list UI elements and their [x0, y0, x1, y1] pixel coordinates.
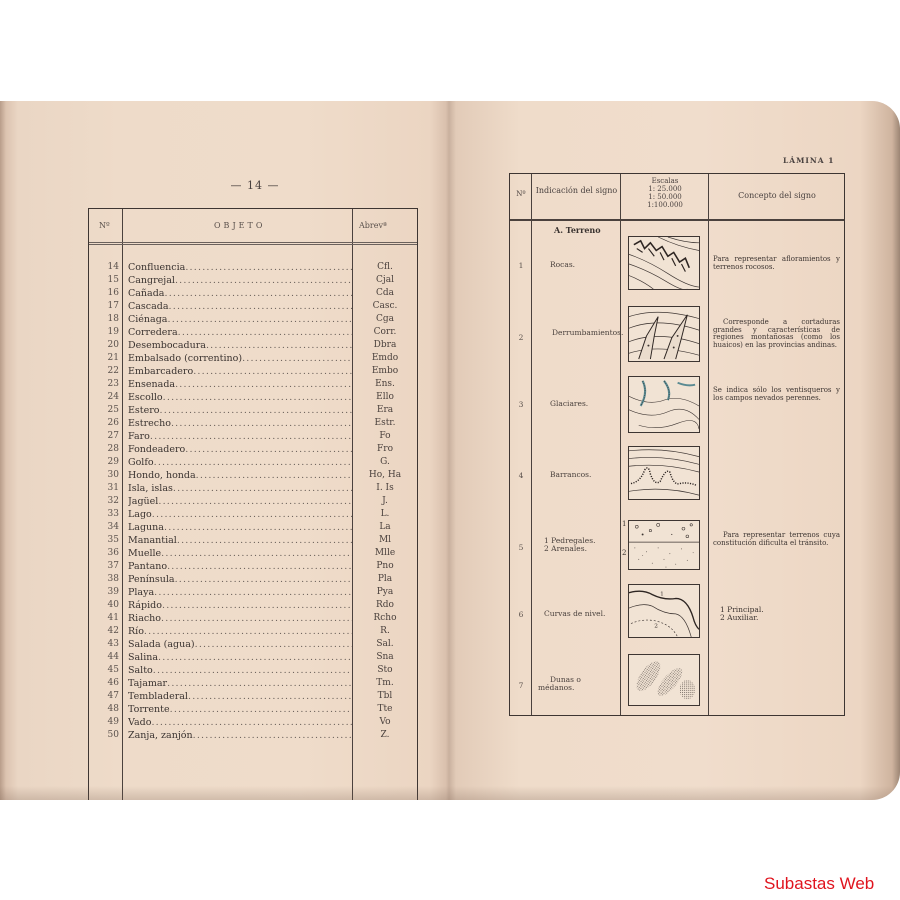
row-number: 47 — [89, 690, 119, 703]
row-objeto: Salto...................................… — [128, 664, 352, 677]
stony-sandy-symbol-icon — [628, 520, 700, 570]
row-number: 3 — [510, 400, 532, 409]
table-row: 29Golfo.................................… — [89, 456, 417, 469]
row-number: 50 — [89, 729, 119, 742]
row-abrev: Pno — [353, 560, 417, 573]
table-row: 21Embalsado (correntino)................… — [89, 352, 417, 365]
page-number: — 14 — — [200, 179, 310, 192]
rocks-symbol-icon — [628, 236, 700, 290]
row-number: 35 — [89, 534, 119, 547]
plate-label: LÁMINA 1 — [783, 156, 834, 165]
row-objeto: Rápido..................................… — [128, 599, 352, 612]
row-objeto: Pantano.................................… — [128, 560, 352, 573]
row-objeto: Cascada.................................… — [128, 300, 352, 313]
row-objeto: Muelle..................................… — [128, 547, 352, 560]
row-objeto: Golfo...................................… — [128, 456, 352, 469]
row-abrev: Sna — [353, 651, 417, 664]
row-objeto: Ciénaga.................................… — [128, 313, 352, 326]
row-objeto: Hondo, honda............................… — [128, 469, 352, 482]
table-row: 34Laguna................................… — [89, 521, 417, 534]
map-signs-table: Nº Indicación del signo Escalas 1: 25.00… — [509, 173, 845, 716]
table-row: 23Ensenada..............................… — [89, 378, 417, 391]
table-row: 44Salina................................… — [89, 651, 417, 664]
row-abrev: Tte — [353, 703, 417, 716]
header-divider — [510, 219, 844, 221]
table-row: 37Pantano...............................… — [89, 560, 417, 573]
row-abrev: Sal. — [353, 638, 417, 651]
abbreviations-table: Nº OBJETO Abrevª 14Confluencia..........… — [88, 208, 418, 800]
row-abrev: I. Is — [353, 482, 417, 495]
row-abrev: Ello — [353, 391, 417, 404]
table-row: 35Manantial.............................… — [89, 534, 417, 547]
row-objeto: Salina..................................… — [128, 651, 352, 664]
row-number: 17 — [89, 300, 119, 313]
row-objeto: Embalsado (correntino)..................… — [128, 352, 352, 365]
ravine-symbol-icon — [628, 446, 700, 500]
row-number: 33 — [89, 508, 119, 521]
row-number: 16 — [89, 287, 119, 300]
row-number: 22 — [89, 365, 119, 378]
table-row: 47Tembladeral...........................… — [89, 690, 417, 703]
row-number: 29 — [89, 456, 119, 469]
row-objeto: Vado....................................… — [128, 716, 352, 729]
row-objeto: Tajamar.................................… — [128, 677, 352, 690]
header-no: Nº — [99, 221, 110, 230]
row-objeto: Embarcadero.............................… — [128, 365, 352, 378]
table-row: 43Salada (agua).........................… — [89, 638, 417, 651]
row-objeto: Ensenada................................… — [128, 378, 352, 391]
symbol-label: 2 — [622, 549, 626, 557]
row-abrev: Pla — [353, 573, 417, 586]
row-objeto: Manantial...............................… — [128, 534, 352, 547]
row-number: 46 — [89, 677, 119, 690]
row-objeto: Estrecho................................… — [128, 417, 352, 430]
row-abrev: Cjal — [353, 274, 417, 287]
row-number: 25 — [89, 404, 119, 417]
row-abrev: Pya — [353, 586, 417, 599]
row-concepto: Corresponde a cortaduras grandes y carac… — [713, 319, 840, 349]
row-concepto: 1 Principal. 2 Auxiliar. — [720, 606, 847, 622]
row-abrev: Vo — [353, 716, 417, 729]
row-abrev: Era — [353, 404, 417, 417]
table-row: 30Hondo, honda..........................… — [89, 469, 417, 482]
row-number: 5 — [510, 543, 532, 552]
table-row: 32Jagüel................................… — [89, 495, 417, 508]
row-objeto: Corredera...............................… — [128, 326, 352, 339]
symbol-label: 1 — [622, 520, 626, 528]
row-number: 21 — [89, 352, 119, 365]
row-number: 31 — [89, 482, 119, 495]
row-number: 6 — [510, 610, 532, 619]
open-book: — 14 — Nº OBJETO Abrevª 14Confluencia...… — [0, 101, 900, 800]
row-objeto: Riacho..................................… — [128, 612, 352, 625]
row-abrev: Estr. — [353, 417, 417, 430]
row-abrev: Dbra — [353, 339, 417, 352]
table-row: 26Estrecho..............................… — [89, 417, 417, 430]
row-indicacion: Barrancos. — [550, 471, 630, 479]
column-divider — [708, 174, 709, 715]
right-page: LÁMINA 1 Nº Indicación del signo Escalas… — [449, 101, 900, 800]
row-abrev: Fo — [353, 430, 417, 443]
row-objeto: Faro....................................… — [128, 430, 352, 443]
row-abrev: Rcho — [353, 612, 417, 625]
row-objeto: Tembladeral.............................… — [128, 690, 352, 703]
row-abrev: L. — [353, 508, 417, 521]
contour-lines-symbol-icon: 1 2 — [628, 584, 700, 638]
row-number: 26 — [89, 417, 119, 430]
row-number: 32 — [89, 495, 119, 508]
row-concepto: Para representar afloramientos y terreno… — [713, 256, 840, 271]
table-row: 38Península.............................… — [89, 573, 417, 586]
watermark: Subastas Web — [764, 874, 874, 894]
row-number: 48 — [89, 703, 119, 716]
row-abrev: Emdo — [353, 352, 417, 365]
row-number: 40 — [89, 599, 119, 612]
svg-text:1: 1 — [660, 592, 664, 598]
table-row: 19Corredera.............................… — [89, 326, 417, 339]
row-objeto: Estero..................................… — [128, 404, 352, 417]
row-objeto: Torrente................................… — [128, 703, 352, 716]
row-number: 42 — [89, 625, 119, 638]
header-concepto: Concepto del signo — [709, 191, 845, 200]
row-number: 2 — [510, 333, 532, 342]
row-abrev: Mlle — [353, 547, 417, 560]
table-row: 27Faro..................................… — [89, 430, 417, 443]
row-indicacion: Glaciares. — [550, 400, 630, 408]
row-number: 38 — [89, 573, 119, 586]
table-row: 18Ciénaga...............................… — [89, 313, 417, 326]
table-row: 46Tajamar...............................… — [89, 677, 417, 690]
row-objeto: Jagüel..................................… — [128, 495, 352, 508]
landslide-symbol-icon — [628, 306, 700, 362]
table-row: 14Confluencia...........................… — [89, 261, 417, 274]
row-number: 1 — [510, 261, 532, 270]
header-escalas: Escalas 1: 25.000 1: 50.000 1:100.000 — [621, 177, 709, 209]
column-divider — [531, 174, 532, 715]
header-no: Nº — [510, 190, 532, 199]
table-row: 41Riacho................................… — [89, 612, 417, 625]
row-indicacion: Derrumbamientos. — [538, 329, 602, 337]
column-divider — [620, 174, 621, 715]
row-abrev: La — [353, 521, 417, 534]
row-concepto: Para representar terrenos cuya constituc… — [713, 532, 840, 547]
row-objeto: Río.....................................… — [128, 625, 352, 638]
row-number: 18 — [89, 313, 119, 326]
header-abrev: Abrevª — [359, 221, 387, 230]
table-row: 17Cascada...............................… — [89, 300, 417, 313]
row-indicacion: 1 Pedregales. 2 Arenales. — [544, 537, 624, 553]
row-objeto: Cañada..................................… — [128, 287, 352, 300]
table-row: 31Isla, islas...........................… — [89, 482, 417, 495]
row-abrev: Z. — [353, 729, 417, 742]
header-indicacion: Indicación del signo — [532, 186, 621, 195]
row-number: 15 — [89, 274, 119, 287]
row-abrev: Ml — [353, 534, 417, 547]
row-number: 37 — [89, 560, 119, 573]
row-abrev: R. — [353, 625, 417, 638]
table-row: 40Rápido................................… — [89, 599, 417, 612]
table-row: 42Río...................................… — [89, 625, 417, 638]
row-abrev: Tbl — [353, 690, 417, 703]
row-abrev: Cga — [353, 313, 417, 326]
row-abrev: G. — [353, 456, 417, 469]
row-indicacion: Dunas o médanos. — [538, 676, 602, 692]
table-row: 39Playa.................................… — [89, 586, 417, 599]
svg-text:2: 2 — [654, 623, 658, 629]
header-objeto: OBJETO — [214, 221, 265, 230]
row-number: 41 — [89, 612, 119, 625]
row-number: 23 — [89, 378, 119, 391]
row-objeto: Península...............................… — [128, 573, 352, 586]
table-row: 45Salto.................................… — [89, 664, 417, 677]
table-row: 22Embarcadero...........................… — [89, 365, 417, 378]
row-abrev: Embo — [353, 365, 417, 378]
row-number: 7 — [510, 681, 532, 690]
row-number: 28 — [89, 443, 119, 456]
table-row: 15Cangrejal.............................… — [89, 274, 417, 287]
row-objeto: Desembocadura...........................… — [128, 339, 352, 352]
table-row: 50Zanja, zanjón.........................… — [89, 729, 417, 742]
table-row: 49Vado..................................… — [89, 716, 417, 729]
table-row: 28Fondeadero............................… — [89, 443, 417, 456]
row-indicacion: Rocas. — [550, 261, 630, 269]
table-row: 48Torrente..............................… — [89, 703, 417, 716]
dunes-symbol-icon — [628, 654, 700, 706]
row-number: 30 — [89, 469, 119, 482]
row-objeto: Salada (agua)...........................… — [128, 638, 352, 651]
row-abrev: Cda — [353, 287, 417, 300]
row-number: 45 — [89, 664, 119, 677]
row-objeto: Escollo.................................… — [128, 391, 352, 404]
section-title: A. Terreno — [554, 225, 601, 235]
table-body: 14Confluencia...........................… — [89, 261, 417, 742]
row-number: 20 — [89, 339, 119, 352]
row-number: 24 — [89, 391, 119, 404]
row-abrev: Ens. — [353, 378, 417, 391]
row-objeto: Fondeadero..............................… — [128, 443, 352, 456]
row-number: 39 — [89, 586, 119, 599]
row-objeto: Playa...................................… — [128, 586, 352, 599]
row-number: 4 — [510, 471, 532, 480]
row-abrev: Casc. — [353, 300, 417, 313]
row-abrev: J. — [353, 495, 417, 508]
row-number: 34 — [89, 521, 119, 534]
row-abrev: Sto — [353, 664, 417, 677]
row-indicacion: Curvas de nivel. — [544, 610, 624, 618]
row-abrev: Corr. — [353, 326, 417, 339]
row-number: 49 — [89, 716, 119, 729]
row-number: 44 — [89, 651, 119, 664]
row-number: 36 — [89, 547, 119, 560]
row-abrev: Fro — [353, 443, 417, 456]
row-objeto: Laguna..................................… — [128, 521, 352, 534]
row-objeto: Cangrejal...............................… — [128, 274, 352, 287]
row-number: 43 — [89, 638, 119, 651]
row-abrev: Ho, Ha — [353, 469, 417, 482]
left-page: — 14 — Nº OBJETO Abrevª 14Confluencia...… — [0, 101, 448, 800]
row-objeto: Zanja, zanjón...........................… — [128, 729, 352, 742]
row-abrev: Rdo — [353, 599, 417, 612]
table-row: 16Cañada................................… — [89, 287, 417, 300]
table-row: 33Lago..................................… — [89, 508, 417, 521]
table-row: 25Estero................................… — [89, 404, 417, 417]
row-number: 27 — [89, 430, 119, 443]
table-row: 36Muelle................................… — [89, 547, 417, 560]
table-header: Nº OBJETO Abrevª — [89, 209, 417, 245]
glacier-symbol-icon — [628, 376, 700, 433]
row-objeto: Lago....................................… — [128, 508, 352, 521]
table-row: 20Desembocadura.........................… — [89, 339, 417, 352]
row-abrev: Tm. — [353, 677, 417, 690]
row-number: 14 — [89, 261, 119, 274]
row-objeto: Confluencia.............................… — [128, 261, 352, 274]
row-number: 19 — [89, 326, 119, 339]
row-objeto: Isla, islas.............................… — [128, 482, 352, 495]
table-row: 24Escollo...............................… — [89, 391, 417, 404]
row-concepto: Se indica sólo los ventisqueros y los ca… — [713, 387, 840, 402]
row-abrev: Cfl. — [353, 261, 417, 274]
